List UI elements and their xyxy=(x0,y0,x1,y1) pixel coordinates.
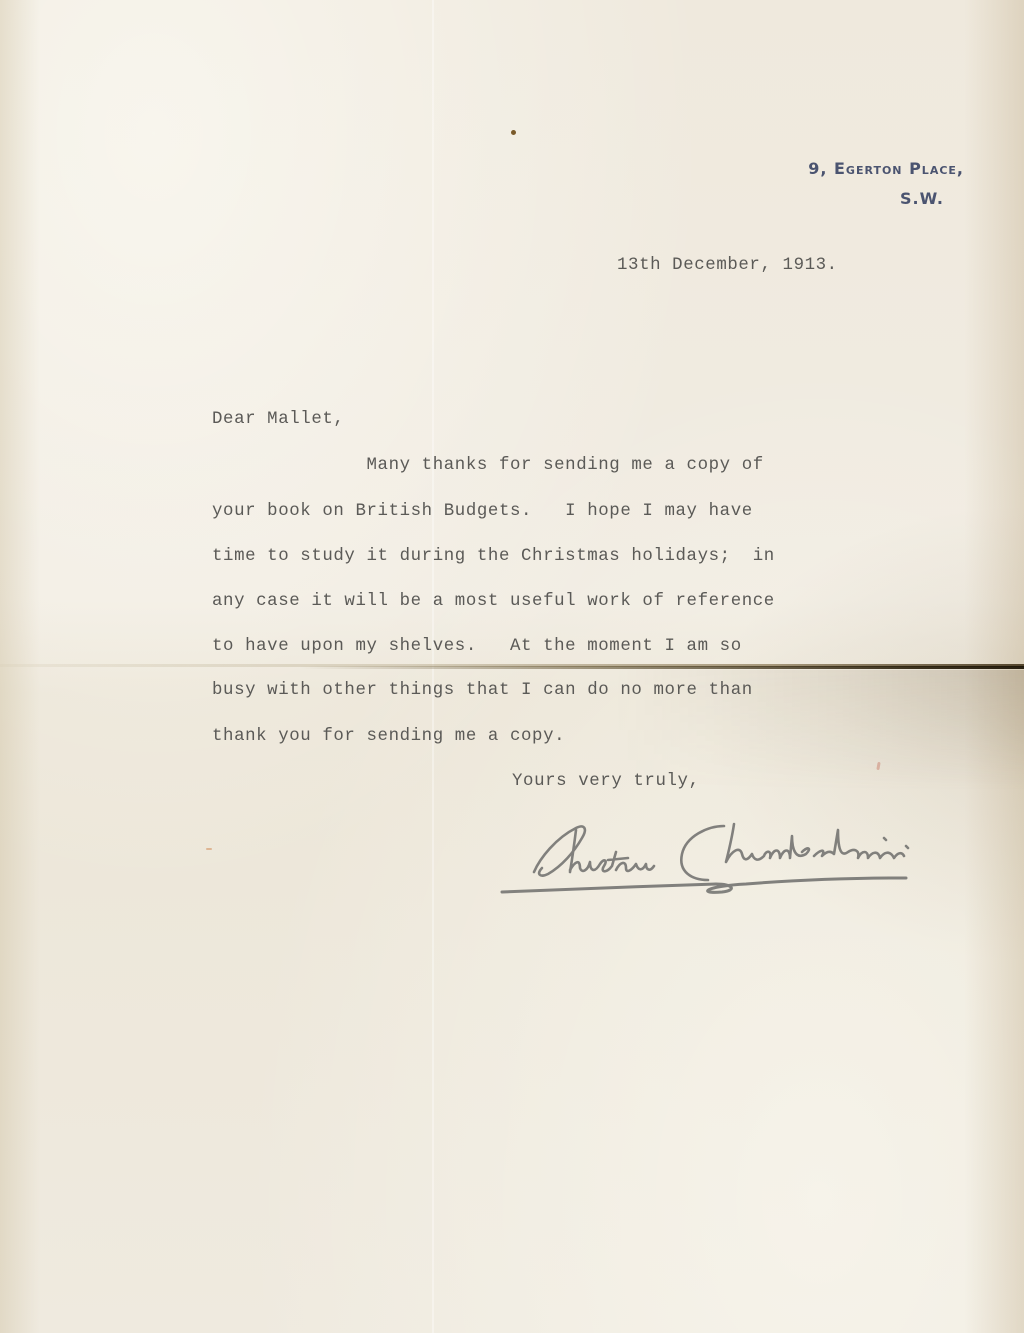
closing: Yours very truly, xyxy=(512,772,700,792)
address-street: 9, Egerton Place, xyxy=(808,158,964,180)
body-line: Many thanks for sending me a copy of xyxy=(212,456,764,476)
letter-date: 13th December, 1913. xyxy=(617,256,838,276)
ink-spot xyxy=(511,130,516,135)
signature-austen-chamberlain xyxy=(496,820,956,910)
body-line: any case it will be a most useful work o… xyxy=(212,592,775,612)
address-district: S.W. xyxy=(808,188,964,210)
body-line: time to study it during the Christmas ho… xyxy=(212,547,775,567)
letterhead-address: 9, Egerton Place, S.W. xyxy=(808,158,964,210)
body-line: busy with other things that I can do no … xyxy=(212,681,753,701)
body-line: to have upon my shelves. At the moment I… xyxy=(212,637,742,657)
body-line: your book on British Budgets. I hope I m… xyxy=(212,502,753,522)
salutation: Dear Mallet, xyxy=(212,410,344,430)
body-line: thank you for sending me a copy. xyxy=(212,727,565,747)
fold-shadow-edge xyxy=(300,666,1024,669)
paper-speck xyxy=(206,848,212,850)
